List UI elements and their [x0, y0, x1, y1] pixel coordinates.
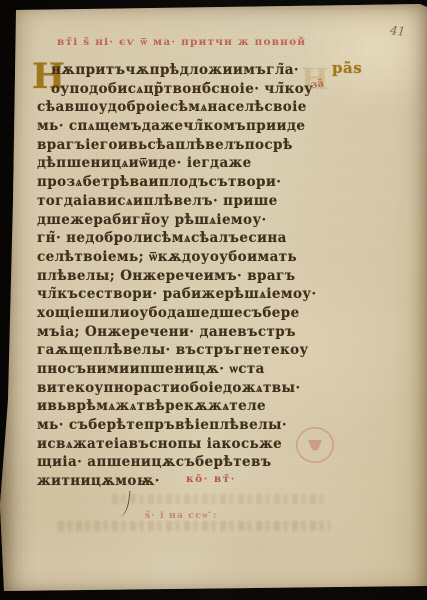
- text-line: мъіа; Онжеречени· даневъстръ: [37, 323, 317, 342]
- text-line: плѣвелы; Онжеречеимъ· врагъ: [37, 267, 317, 286]
- showthrough-text-line: [58, 521, 330, 531]
- end-of-reading-rubric: ко̃· вт̃·: [186, 473, 236, 485]
- photo-backdrop: вт̃і ѕ̃ ні· єѵ ѿ ма· притчи ж повной 41 …: [0, 0, 427, 600]
- text-line: гн̃· недобролисѣмѧсѣалъесина: [37, 229, 317, 248]
- manuscript-page: вт̃і ѕ̃ ні· єѵ ѿ ма· притчи ж повной 41 …: [0, 0, 427, 600]
- bottom-rubric: ѕ̃· і на ссѡ̃ :: [145, 510, 218, 521]
- text-line: гаѫщеплѣвелы· въстръгнетекоу: [37, 341, 317, 360]
- text-line: селѣтвоіемь; ѿкѫдоуоубоимать: [37, 248, 317, 267]
- text-line: врагъіегоивьсѣаплѣвелъпосрѣ: [37, 136, 317, 155]
- text-line: нѫпритъчѫпрѣдложиимъгл̃а·: [37, 61, 317, 80]
- header-rubric: вт̃і ѕ̃ ні· єѵ ѿ ма· притчи ж повной: [57, 36, 306, 48]
- text-line: оуподобисѧцр̃твонб̃сноіе· чл̃коу: [37, 80, 317, 99]
- text-line: сѣавшоудоброіесѣмѧнаселѣсвоіе: [37, 98, 317, 117]
- text-line: мь· съберѣтепръвѣіеплѣвелы·: [37, 416, 317, 435]
- text-line: пносънимиипшеницѫ· ѡста: [37, 360, 317, 379]
- ammonian-section-number: ра̃ѕ: [332, 59, 362, 77]
- text-line: дшежерабигн̃оу рѣшѧіемоу·: [37, 211, 317, 230]
- text-line: чл̃късествори· рабижерѣшѧіемоу·: [37, 285, 317, 304]
- text-line: дѣпшеницѧиѿиде· іегдаже: [37, 154, 317, 173]
- text-line: хощіешилиоубодашедшесъбере: [37, 304, 317, 323]
- text-line: прозѧбетрѣваиплодъсътвори·: [37, 173, 317, 192]
- text-line: витекоупнорастиобоіедожѧтвы·: [37, 379, 317, 398]
- text-line: ивьврѣмѧжѧтвѣрекѫжѧтеле: [37, 397, 317, 416]
- main-text-block: нѫпритъчѫпрѣдложиимъгл̃а· оуподобисѧцр̃т…: [37, 61, 317, 491]
- showthrough-text-line: [112, 494, 324, 504]
- stamp-emblem: [308, 440, 322, 451]
- text-line: мь· спѧщемъдажечл̃комъприиде: [37, 117, 317, 136]
- folio-number: 41: [389, 23, 406, 39]
- text-line: щиіа· апшеницѫсъберѣтевъ: [37, 453, 317, 472]
- library-stamp: [296, 427, 334, 463]
- text-line: тогдаіависѧиплѣвелъ· прише: [37, 192, 317, 211]
- text-line: исвѧжатеіавъснопы іакосьже: [37, 435, 317, 454]
- text-line: житницѫмоѭ·: [37, 472, 317, 491]
